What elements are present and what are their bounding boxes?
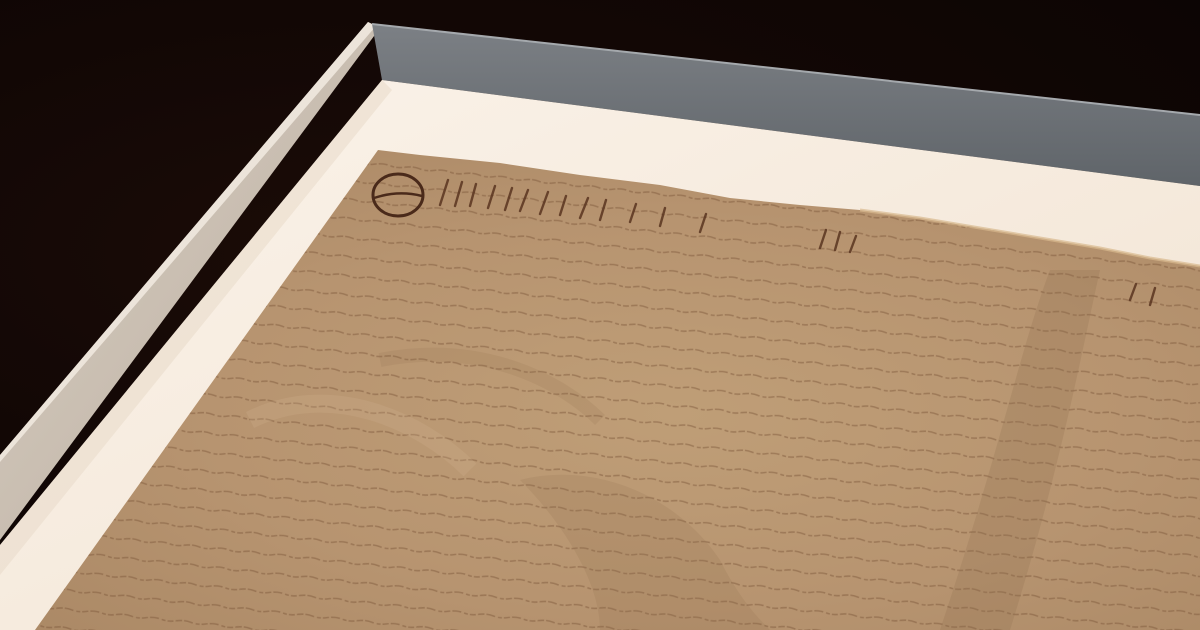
photo-scene: Medieval parchment charter with Latin sc…: [0, 0, 1200, 630]
display-box-illustration: [0, 0, 1200, 630]
